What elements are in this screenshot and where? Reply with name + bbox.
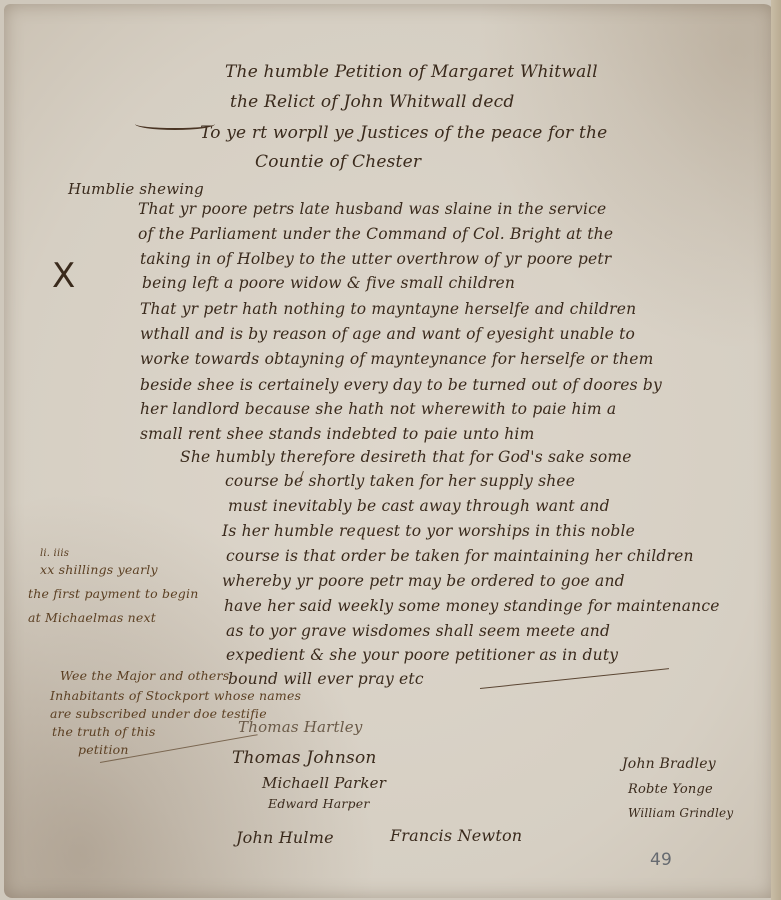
body-line: That yr petr hath nothing to mayntayne h… — [140, 300, 636, 318]
body-line: That yr poore petrs late husband was sla… — [138, 200, 606, 218]
margin-note-line: at Michaelmas next — [28, 610, 156, 625]
margin-note-line: the first payment to begin — [28, 586, 198, 601]
certification-line: are subscribed under doe testifie — [50, 706, 267, 721]
certification-line: Inhabitants of Stockport whose names — [50, 688, 301, 703]
body-line: Is her humble request to yor worships in… — [222, 522, 635, 540]
body-line: small rent shee stands indebted to paie … — [140, 425, 534, 443]
margin-note-line: li. iiis — [40, 548, 69, 559]
body-line: beside shee is certainely every day to b… — [140, 376, 662, 394]
certification-line: petition — [78, 742, 129, 757]
body-line: course is that order be taken for mainta… — [226, 547, 694, 565]
certification-line: Wee the Major and others — [60, 668, 229, 683]
opening-line: Humblie shewing — [68, 180, 204, 198]
body-line: being left a poore widow & five small ch… — [142, 274, 515, 292]
signature-john-hulme: John Hulme — [236, 828, 334, 847]
body-line: her landlord because she hath not wherew… — [140, 400, 616, 418]
body-line: bound will ever pray etc — [228, 670, 424, 688]
heading-flourish — [135, 118, 215, 130]
heading-line-4: Countie of Chester — [255, 152, 421, 172]
body-line: wthall and is by reason of age and want … — [140, 325, 635, 343]
body-line: have her said weekly some money standing… — [224, 597, 720, 615]
signature-michaell-parker: Michaell Parker — [262, 774, 386, 792]
signature-thomas-hartley: Thomas Hartley — [238, 718, 363, 736]
body-line: course be shortly taken for her supply s… — [225, 472, 575, 490]
body-line: whereby yr poore petr may be ordered to … — [222, 572, 625, 590]
body-line: She humbly therefore desireth that for G… — [180, 448, 632, 466]
body-line: expedient & she your poore petitioner as… — [226, 646, 618, 664]
signature-francis-newton: Francis Newton — [390, 826, 522, 845]
body-line: must inevitably be cast away through wan… — [228, 497, 610, 515]
heading-line-3: To ye rt worpll ye Justices of the peace… — [200, 123, 607, 143]
page-edge — [771, 0, 781, 900]
folio-number: 49 — [650, 850, 672, 870]
margin-note-line: xx shillings yearly — [40, 562, 158, 577]
signature-robte-yonge: Robte Yonge — [628, 782, 713, 797]
body-line: taking in of Holbey to the utter overthr… — [140, 250, 611, 268]
signature-edward-harper: Edward Harper — [268, 796, 370, 811]
body-line: of the Parliament under the Command of C… — [138, 225, 613, 243]
signature-john-bradley: John Bradley — [622, 756, 716, 772]
signature-william-grindley: William Grindley — [628, 806, 733, 820]
body-line: as to yor grave wisdomes shall seem meet… — [226, 622, 610, 640]
heading-line-2: the Relict of John Whitwall decd — [230, 92, 514, 112]
signature-thomas-johnson: Thomas Johnson — [232, 748, 377, 768]
marginal-x-mark: X — [52, 256, 75, 296]
certification-line: the truth of this — [52, 724, 156, 739]
body-line: worke towards obtayning of maynteynance … — [140, 350, 654, 368]
heading-line-1: The humble Petition of Margaret Whitwall — [225, 62, 598, 82]
